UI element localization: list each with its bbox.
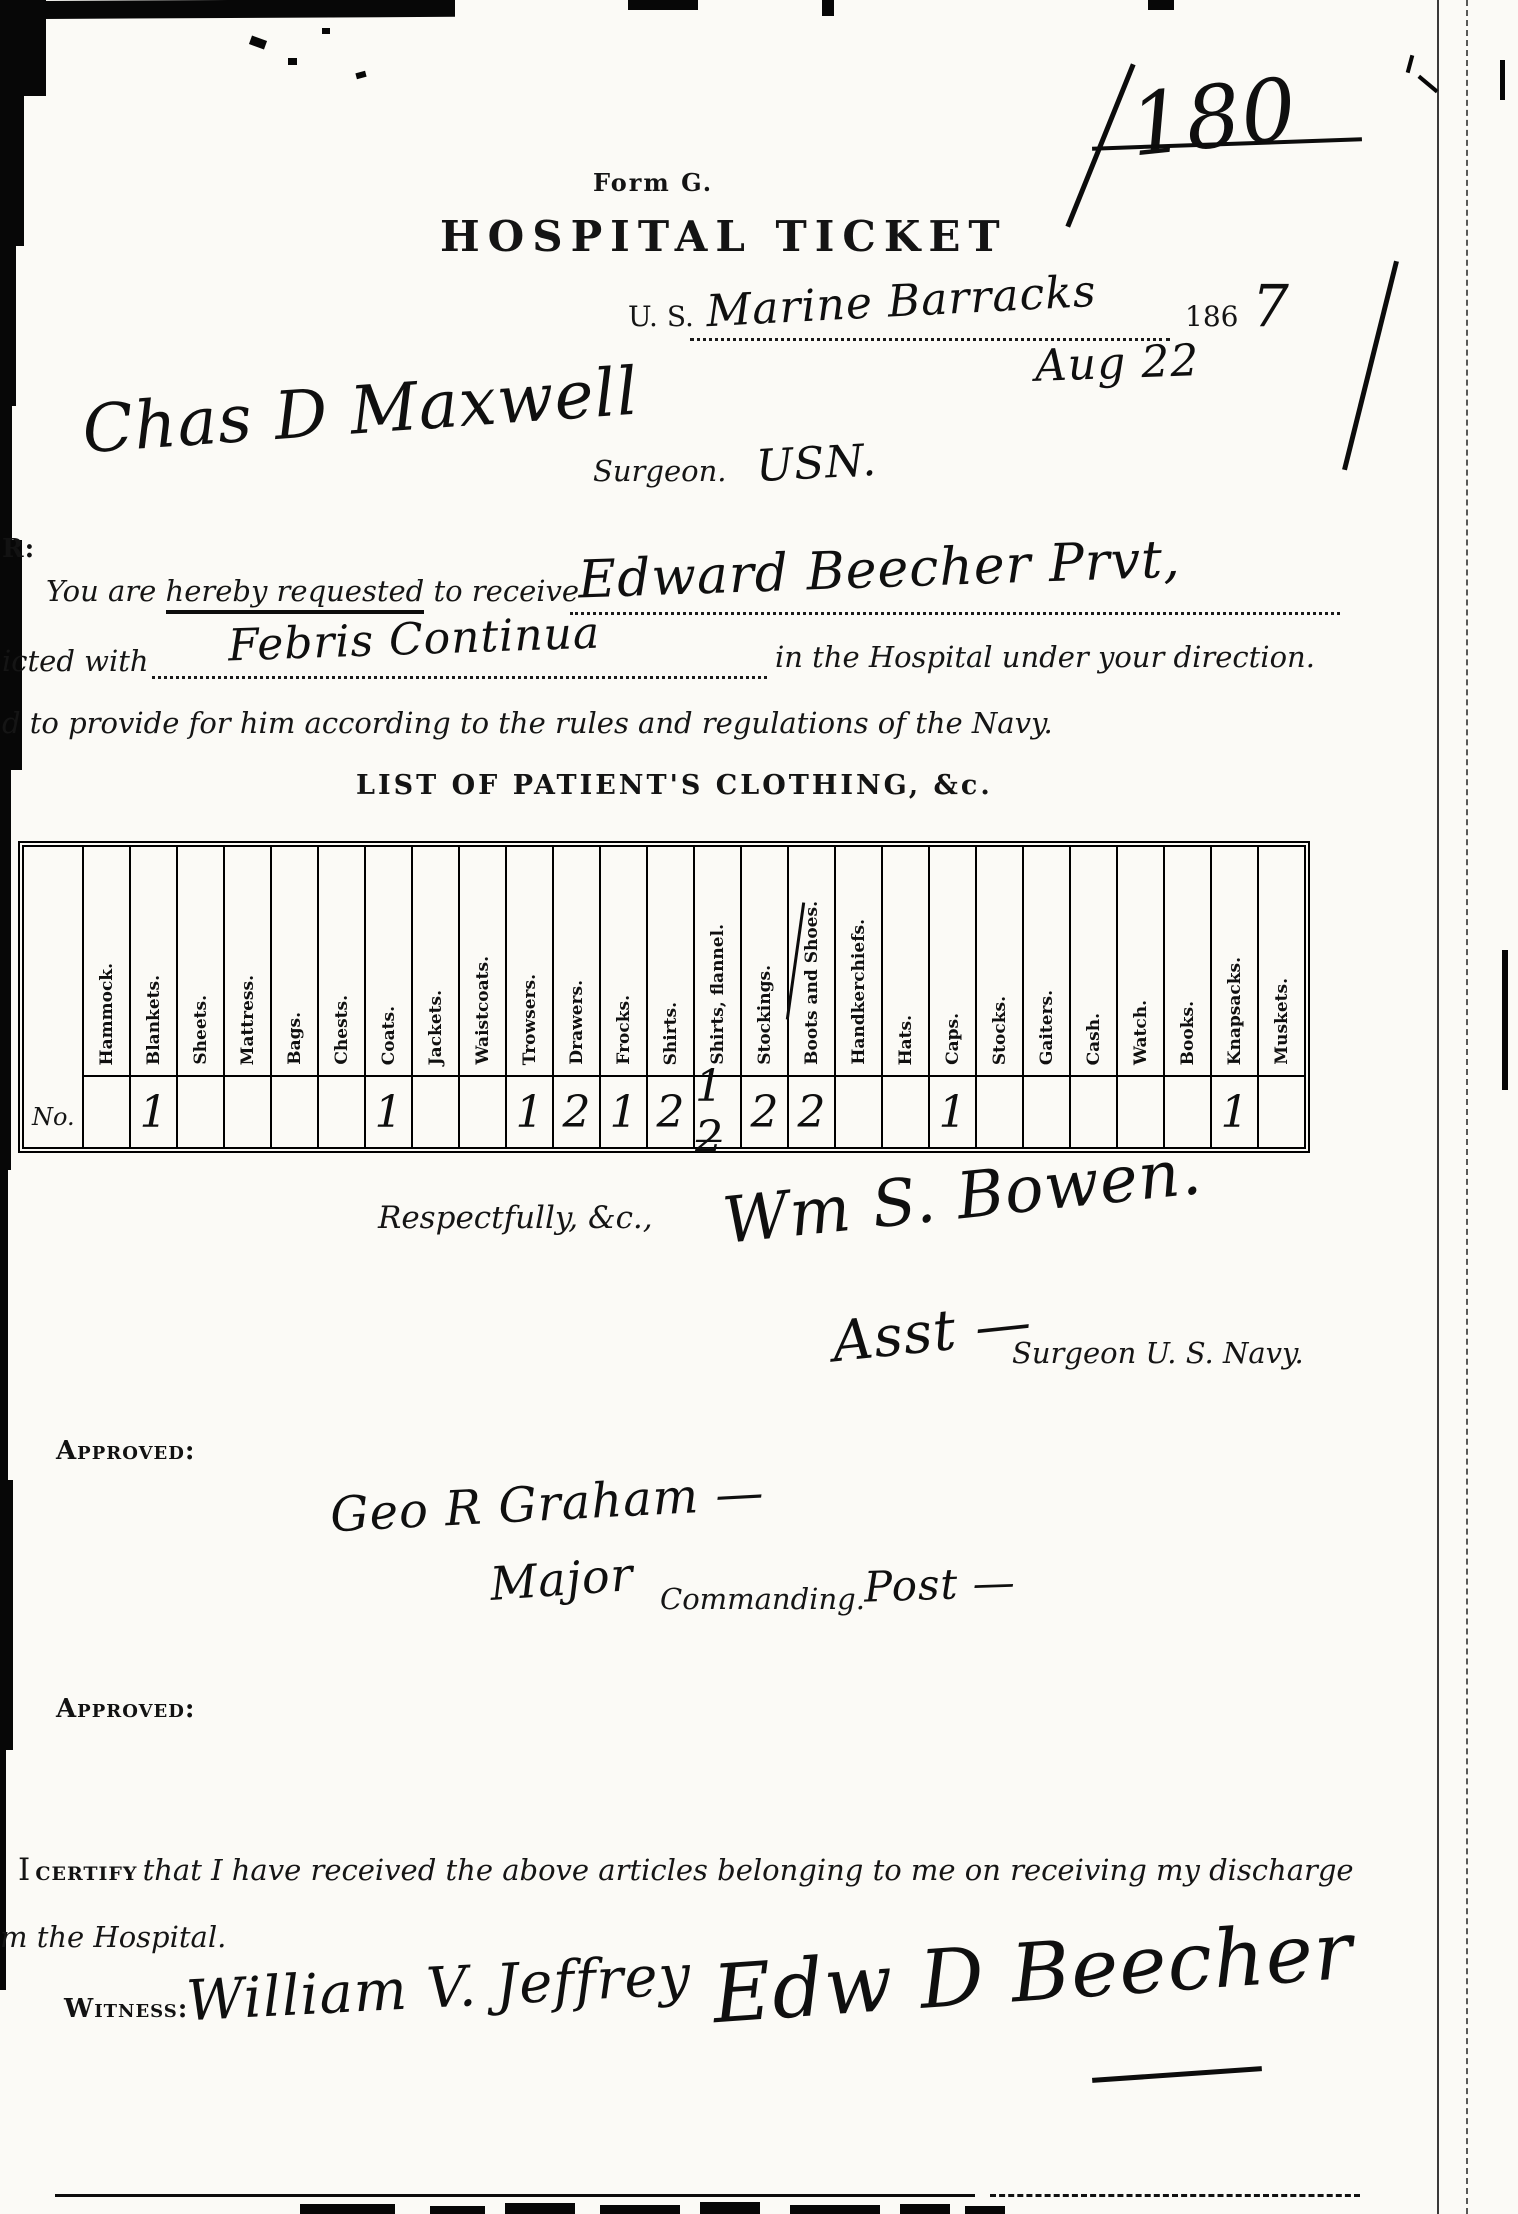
- scan-artifact: [0, 1170, 8, 1480]
- column-value-cell: [272, 1075, 317, 1147]
- patient-signature: Edw D Beecher: [710, 1904, 1356, 2042]
- clothing-column: Chests.: [317, 847, 364, 1147]
- column-header-cell: Books.: [1165, 847, 1210, 1075]
- clothing-column: Frocks. 1: [599, 847, 646, 1147]
- column-header-label: Handkerchiefs.: [849, 919, 869, 1065]
- scan-artifact: [900, 2204, 950, 2214]
- scan-artifact: [1148, 0, 1174, 10]
- column-header-label: Cash.: [1084, 1013, 1104, 1065]
- column-value-cell: [836, 1075, 881, 1147]
- scan-artifact: [600, 2205, 680, 2214]
- column-value-cell: [1071, 1075, 1116, 1147]
- request-underlined: hereby requested: [166, 574, 425, 614]
- clothing-column: Trowsers. 1: [505, 847, 552, 1147]
- column-value-cell: [1259, 1075, 1304, 1147]
- column-value-cell: [1024, 1075, 1069, 1147]
- scan-artifact: [505, 2203, 575, 2214]
- surgeon-signature: Wm S. Bowen.: [719, 1135, 1205, 1259]
- approved-label-1: Approved:: [56, 1436, 195, 1466]
- column-value-cell: 1: [507, 1075, 552, 1147]
- column-header-label: Coats.: [379, 1006, 399, 1065]
- column-value-cell: 1: [366, 1075, 411, 1147]
- column-value-cell: [225, 1075, 270, 1147]
- column-header-cell: Frocks.: [601, 847, 646, 1075]
- hospital-ticket-document: Form G. HOSPITAL TICKET 180 U. S. Marine…: [0, 0, 1518, 2214]
- commander-rank-handwritten: Major: [488, 1547, 635, 1611]
- column-header-label: Stocks.: [990, 996, 1010, 1065]
- commander-signature: Geo R Graham —: [329, 1465, 766, 1544]
- clothing-column: Sheets.: [176, 847, 223, 1147]
- column-header-cell: Chests.: [319, 847, 364, 1075]
- column-header-label: Waistcoats.: [473, 956, 493, 1065]
- scan-artifact: [0, 96, 24, 246]
- assistant-rank-handwritten: Asst —: [829, 1290, 1035, 1376]
- column-header-cell: Blankets.: [131, 847, 176, 1075]
- clothing-column: Blankets. 1: [129, 847, 176, 1147]
- approved-label-2: Approved:: [56, 1694, 195, 1724]
- clothing-column: Gaiters.: [1022, 847, 1069, 1147]
- scan-artifact: [55, 2194, 975, 2197]
- clothing-column: Boots and Shoes. 2: [787, 847, 834, 1147]
- scan-artifact: [790, 2205, 880, 2214]
- scan-artifact: [1502, 950, 1508, 1090]
- commanding-printed: Commanding.: [660, 1582, 865, 1616]
- clothing-column: Watch.: [1116, 847, 1163, 1147]
- addressee-title-printed: Surgeon.: [593, 454, 727, 488]
- column-header-label: Hammock.: [97, 963, 117, 1065]
- clothing-column: Mattress.: [223, 847, 270, 1147]
- year-digit-handwritten: 7: [1252, 272, 1290, 340]
- column-header-label: Gaiters.: [1037, 990, 1057, 1065]
- column-header-cell: Cash.: [1071, 847, 1116, 1075]
- column-header-label: Frocks.: [614, 995, 634, 1065]
- page-fold-line: [1466, 0, 1468, 2214]
- witness-signature: William V. Jeffrey: [185, 1943, 693, 2034]
- column-value-cell: 1: [601, 1075, 646, 1147]
- scan-artifact: [300, 2204, 395, 2214]
- station-prefix: U. S.: [628, 300, 694, 333]
- clothing-column: Drawers. 2: [552, 847, 599, 1147]
- column-header-label: Boots and Shoes.: [802, 901, 822, 1065]
- column-header-cell: Coats.: [366, 847, 411, 1075]
- clothing-column: Bags.: [270, 847, 317, 1147]
- row-label-cell: No.: [24, 847, 82, 1147]
- witness-label: Witness:: [64, 1994, 188, 2024]
- column-header-cell: Hammock.: [84, 847, 129, 1075]
- column-header-cell: Watch.: [1118, 847, 1163, 1075]
- date-handwritten: Aug 22: [1034, 335, 1200, 392]
- clothing-column: Waistcoats.: [458, 847, 505, 1147]
- column-header-cell: Jackets.: [413, 847, 458, 1075]
- column-value-cell: 1: [930, 1075, 975, 1147]
- column-value-cell: 2: [648, 1075, 693, 1147]
- pen-stroke: [1342, 261, 1399, 471]
- scan-artifact: [700, 2202, 760, 2214]
- column-header-cell: Caps.: [930, 847, 975, 1075]
- branch-handwritten: USN.: [755, 435, 878, 492]
- column-header-label: Watch.: [1131, 1000, 1151, 1065]
- scan-artifact: [249, 36, 267, 50]
- column-header-cell: Sheets.: [178, 847, 223, 1075]
- column-value-cell: 1 2̶: [695, 1075, 740, 1147]
- column-header-cell: Shirts.: [648, 847, 693, 1075]
- column-header-cell: Hats.: [883, 847, 928, 1075]
- column-header-label: Hats.: [896, 1015, 916, 1065]
- column-header-label: Bags.: [285, 1012, 305, 1065]
- column-header-label: Shirts.: [661, 1002, 681, 1065]
- column-header-cell: Waistcoats.: [460, 847, 505, 1075]
- clothing-column: Hammock.: [82, 847, 129, 1147]
- column-header-label: Caps.: [943, 1013, 963, 1065]
- column-header-label: Drawers.: [567, 980, 587, 1065]
- certify-i: I: [18, 1852, 30, 1888]
- column-header-label: Jackets.: [426, 990, 446, 1065]
- column-value-cell: [84, 1075, 129, 1147]
- scan-artifact: [1406, 55, 1415, 73]
- clothing-column: Muskets.: [1257, 847, 1304, 1147]
- signature-flourish: [1092, 2066, 1262, 2083]
- page-title: HOSPITAL TICKET: [440, 212, 1008, 261]
- column-value-cell: [1118, 1075, 1163, 1147]
- certify-word: certify: [35, 1856, 137, 1887]
- column-value-cell: [883, 1075, 928, 1147]
- column-value-cell: 2: [742, 1075, 787, 1147]
- scan-artifact: [628, 0, 698, 10]
- column-header-label: Blankets.: [144, 975, 164, 1065]
- clothing-column: Handkerchiefs.: [834, 847, 881, 1147]
- column-header-label: Sheets.: [191, 995, 211, 1065]
- clothing-section-title: LIST OF PATIENT'S CLOTHING, &c.: [356, 770, 993, 801]
- surgeon-title-printed: Surgeon U. S. Navy.: [1012, 1336, 1304, 1370]
- column-header-label: Stockings.: [755, 965, 775, 1065]
- column-header-label: Chests.: [332, 995, 352, 1065]
- scan-artifact: [1500, 60, 1505, 100]
- column-value-cell: [977, 1075, 1022, 1147]
- request-line: You are hereby requested to receive: [46, 574, 579, 608]
- column-value-cell: [319, 1075, 364, 1147]
- clothing-column: Knapsacks. 1: [1210, 847, 1257, 1147]
- column-header-cell: Shirts, flannel.: [695, 847, 740, 1075]
- clothing-column: Coats. 1: [364, 847, 411, 1147]
- certify-line: I certify that I have received the above…: [18, 1852, 1354, 1888]
- column-value-cell: 2: [554, 1075, 599, 1147]
- certify-body: that I have received the above articles …: [143, 1853, 1354, 1887]
- clothing-column: Shirts. 2: [646, 847, 693, 1147]
- column-header-label: Knapsacks.: [1225, 957, 1245, 1065]
- form-label: Form G.: [593, 168, 713, 197]
- clothing-column: Shirts, flannel. 1 2̶: [693, 847, 740, 1147]
- column-header-cell: Stocks.: [977, 847, 1022, 1075]
- column-header-cell: Gaiters.: [1024, 847, 1069, 1075]
- column-value-cell: 1: [131, 1075, 176, 1147]
- scan-artifact: [0, 770, 11, 1170]
- column-header-cell: Knapsacks.: [1212, 847, 1257, 1075]
- column-header-label: Trowsers.: [520, 974, 540, 1065]
- column-value-cell: 1: [1212, 1075, 1257, 1147]
- scan-artifact: [822, 0, 834, 16]
- scan-artifact: [0, 1750, 6, 1990]
- scan-artifact: [0, 246, 16, 406]
- column-header-cell: Trowsers.: [507, 847, 552, 1075]
- clothing-column: Hats.: [881, 847, 928, 1147]
- respectfully-line: Respectfully, &c.,: [378, 1200, 653, 1236]
- column-header-label: Shirts, flannel.: [708, 924, 728, 1065]
- column-value-cell: [413, 1075, 458, 1147]
- doc-number-handwritten: 180: [1125, 60, 1302, 177]
- year-printed: 186: [1185, 300, 1238, 333]
- scan-artifact: [322, 28, 330, 34]
- scan-artifact: [965, 2206, 1005, 2214]
- clothing-column: Cash.: [1069, 847, 1116, 1147]
- column-header-cell: Handkerchiefs.: [836, 847, 881, 1075]
- provide-clause: d to provide for him according to the ru…: [2, 706, 1053, 740]
- column-header-cell: Muskets.: [1259, 847, 1304, 1075]
- scan-artifact: [355, 71, 366, 79]
- column-header-label: Books.: [1178, 1001, 1198, 1065]
- column-header-cell: Stockings.: [742, 847, 787, 1075]
- clothing-columns: Hammock. Blankets. 1 Sheets.: [82, 847, 1304, 1147]
- scan-artifact: [1418, 75, 1439, 93]
- scan-artifact: [288, 58, 297, 65]
- scan-artifact: [0, 0, 455, 19]
- clothing-table: No. Hammock. Blankets. 1: [18, 841, 1310, 1153]
- column-header-label: Muskets.: [1272, 978, 1292, 1065]
- column-value-cell: [178, 1075, 223, 1147]
- column-header-cell: Mattress.: [225, 847, 270, 1075]
- hospital-clause: in the Hospital under your direction.: [775, 640, 1315, 674]
- column-header-cell: Drawers.: [554, 847, 599, 1075]
- scan-artifact: [990, 2194, 1360, 2197]
- clothing-column: Stocks.: [975, 847, 1022, 1147]
- scan-artifact: [430, 2206, 485, 2214]
- salutation-fragment: R:: [2, 534, 35, 564]
- column-value-cell: 2: [789, 1075, 834, 1147]
- scan-artifact: [0, 1480, 13, 1750]
- row-label: No.: [32, 1103, 75, 1131]
- column-header-cell: Bags.: [272, 847, 317, 1075]
- clothing-column: Jackets.: [411, 847, 458, 1147]
- clothing-column: Caps. 1: [928, 847, 975, 1147]
- request-pre: You are: [46, 574, 156, 608]
- clothing-column: Books.: [1163, 847, 1210, 1147]
- post-handwritten: Post —: [863, 1557, 1016, 1611]
- afflicted-fragment: icted with: [2, 644, 149, 678]
- clothing-column: Stockings. 2: [740, 847, 787, 1147]
- certify-continuation: m the Hospital.: [0, 1920, 226, 1954]
- page-fold-line: [1437, 0, 1439, 2214]
- column-value-cell: [460, 1075, 505, 1147]
- addressee-name-handwritten: Chas D Maxwell: [80, 353, 641, 469]
- column-header-label: Mattress.: [238, 975, 258, 1065]
- request-post: to receive: [433, 574, 579, 608]
